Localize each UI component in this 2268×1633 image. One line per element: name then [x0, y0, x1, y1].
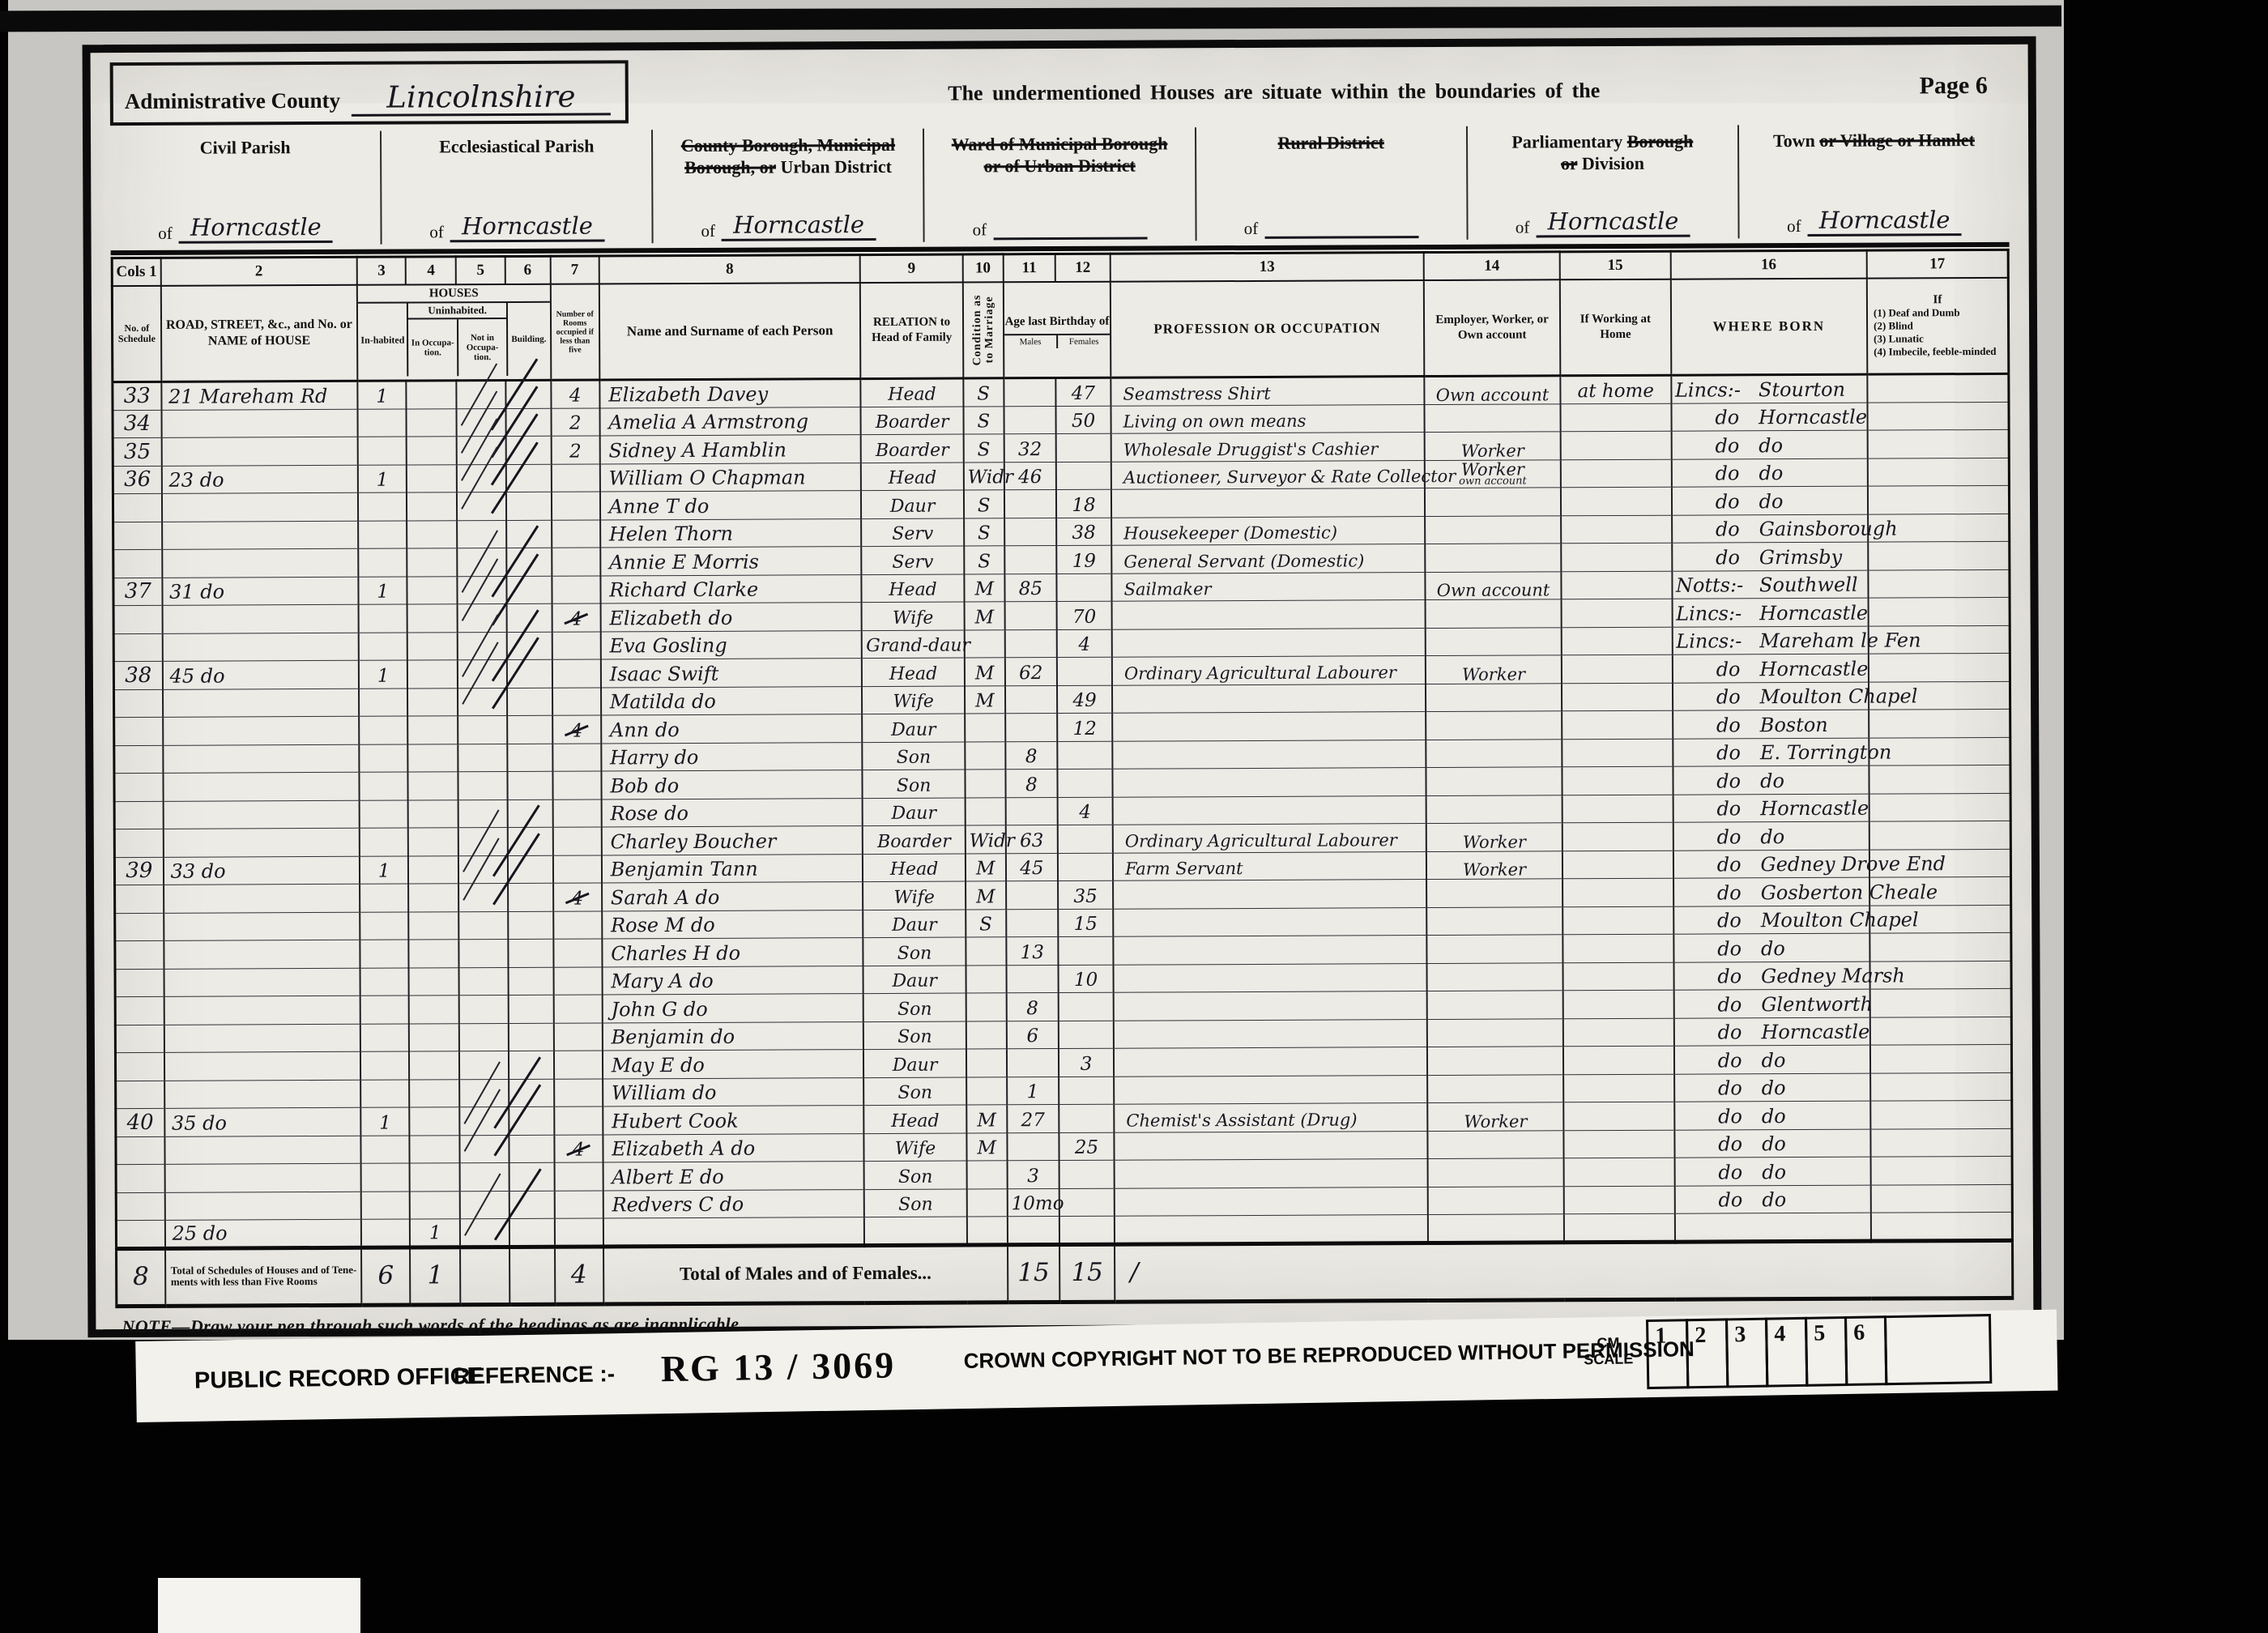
cell-cd: S	[963, 378, 1004, 407]
cell-am: 8	[1006, 993, 1058, 1021]
cell-cd	[967, 1217, 1008, 1245]
cell-s	[116, 1136, 164, 1165]
cell-af: 4	[1057, 629, 1112, 658]
cell-rm	[554, 1051, 603, 1079]
cell-born: doHorncastle	[1672, 654, 1869, 683]
cell-rl: Son	[863, 770, 965, 798]
cell-em	[1425, 488, 1562, 516]
cell-ah	[1563, 1102, 1673, 1130]
cell-uo	[408, 828, 458, 856]
situate-line: The undermentioned Houses are situate wi…	[629, 54, 1920, 107]
cell-born: dodo	[1671, 430, 1868, 459]
parish-value: Horncastle	[1536, 207, 1690, 238]
cell-rm	[553, 995, 602, 1023]
parish-section-0: Civil ParishofHorncastle	[110, 131, 382, 245]
cell-inf	[1868, 541, 2010, 569]
cell-un	[460, 1106, 509, 1135]
cell-un	[459, 995, 508, 1023]
cell-rl: Wife	[864, 1133, 966, 1162]
cell-em	[1426, 711, 1562, 740]
cell-s	[116, 1164, 164, 1192]
cell-inf	[1870, 1044, 2012, 1072]
cell-em	[1426, 962, 1563, 991]
cell-ah	[1563, 990, 1673, 1018]
cell-bld	[508, 995, 553, 1023]
column-headers-row: No. of Schedule ROAD, STREET, &c., and N…	[112, 278, 2008, 382]
cell-oc: Living on own means	[1111, 404, 1425, 433]
header-houses: HOUSES	[358, 285, 550, 304]
header-in-occupation: In Occupa-tion.	[408, 319, 458, 376]
cell-oc: Chemist's Assistant (Drug)	[1114, 1103, 1427, 1132]
cell-rd	[163, 744, 360, 774]
cell-cd: M	[966, 1132, 1007, 1161]
cell-am: 46	[1004, 462, 1056, 490]
cell-rm	[552, 743, 601, 771]
cell-oc	[1112, 712, 1426, 741]
cell-rl: Head	[864, 1105, 966, 1133]
cell-rd	[162, 492, 359, 522]
cell-cd: M	[966, 1105, 1007, 1133]
cell-uo	[407, 604, 458, 633]
cell-bld	[507, 799, 552, 828]
cell-em	[1426, 767, 1562, 795]
cell-uo	[407, 492, 457, 521]
ruler-box: 1	[1646, 1319, 1689, 1389]
cell-rl: Son	[864, 1077, 966, 1106]
cell-s	[115, 940, 164, 969]
cell-oc: Farm Servant	[1113, 851, 1426, 880]
cell-af: 50	[1055, 406, 1111, 434]
header-profession: PROFESSION OR OCCUPATION	[1111, 280, 1424, 377]
cell-rd	[164, 1163, 361, 1192]
cell-s	[115, 1052, 164, 1081]
cell-cd: M	[966, 881, 1006, 910]
cell-s	[115, 885, 164, 913]
cell-oc: Sailmaker	[1111, 572, 1425, 601]
cell-nm: Rose do	[601, 798, 863, 827]
cell-rd: 21 Mareham Rd	[161, 381, 358, 410]
cell-inf	[1871, 1156, 2013, 1184]
cell-nm: Elizabeth do	[600, 603, 862, 632]
cell-em	[1426, 739, 1562, 767]
cell-rd	[162, 548, 359, 578]
cell-bld	[507, 771, 552, 799]
cell-am: 62	[1005, 658, 1057, 686]
cell-rl: Son	[864, 1189, 966, 1217]
cell-nm: John G do	[602, 994, 863, 1023]
cell-oc	[1113, 795, 1426, 825]
cell-rl: Daur	[863, 714, 965, 742]
cell-cd: M	[964, 602, 1004, 630]
cell-rm	[551, 463, 599, 492]
col-number: 15	[1560, 251, 1670, 279]
cell-uo	[408, 884, 458, 912]
cell-ih: 1	[357, 381, 406, 409]
cell-cd	[966, 1161, 1007, 1189]
cell-rm	[553, 939, 602, 967]
col-number: 2	[160, 257, 357, 286]
cell-af	[1058, 853, 1113, 881]
cell-uo	[407, 716, 458, 744]
cell-ah	[1561, 431, 1671, 459]
cell-cd	[966, 993, 1006, 1021]
cell-af	[1059, 1104, 1114, 1132]
cell-un	[460, 1191, 509, 1219]
cell-rd	[164, 884, 360, 913]
admin-county-box: Administrative County Lincolnshire	[110, 60, 629, 126]
cell-ih	[359, 716, 407, 744]
cell-am	[1006, 881, 1058, 910]
cell-am	[1004, 518, 1056, 546]
cell-oc: Ordinary Agricultural Labourer	[1113, 824, 1426, 853]
pro-reference-value: RG 13 / 3069	[660, 1343, 896, 1390]
scanned-census-page: Administrative County Lincolnshire The u…	[0, 0, 2268, 1633]
cell-em	[1427, 991, 1564, 1019]
cell-inf	[1869, 625, 2010, 654]
cell-inf	[1870, 1128, 2012, 1157]
cell-bld	[509, 1106, 554, 1135]
cell-un	[458, 603, 506, 632]
cell-nm: Sidney A Hamblin	[599, 435, 861, 464]
cell-s	[113, 605, 162, 633]
cell-am	[1004, 378, 1055, 407]
cell-un	[458, 576, 506, 604]
cell-rd	[162, 604, 359, 633]
cell-em	[1427, 1018, 1564, 1047]
cell-un	[459, 911, 508, 940]
col-number: 3	[357, 257, 406, 285]
cell-ih	[360, 1024, 409, 1052]
cell-rm	[554, 1190, 603, 1218]
cell-oc: Auctioneer, Surveyor & Rate Collector	[1111, 460, 1425, 489]
cell-uo	[409, 1079, 459, 1107]
cell-uo	[410, 1191, 460, 1219]
cell-cd	[966, 965, 1006, 993]
cell-s: 34	[113, 410, 161, 438]
header-schedule: No. of Schedule	[112, 286, 161, 382]
cell-uo	[408, 799, 458, 828]
cell-s	[113, 493, 161, 522]
cell-cd: S	[963, 406, 1004, 434]
cm-scale-ruler: 123456	[1648, 1314, 1992, 1389]
cell-rd	[164, 968, 360, 997]
cell-oc	[1112, 684, 1426, 713]
cell-un	[457, 520, 505, 548]
cell-nm: Redvers C do	[603, 1189, 864, 1218]
cell-af: 38	[1056, 518, 1111, 546]
cell-em	[1424, 403, 1561, 432]
cell-s	[114, 801, 163, 829]
cell-nm: Hubert Cook	[603, 1106, 864, 1135]
cell-nm: William do	[603, 1077, 864, 1106]
cell-un	[458, 715, 507, 744]
cell-un	[459, 1051, 508, 1079]
cell-inf	[1869, 905, 2011, 933]
cell-ah	[1564, 1158, 1674, 1186]
cell-rl: Wife	[862, 686, 964, 714]
cell-oc	[1113, 907, 1426, 936]
admin-county-value: Lincolnshire	[352, 80, 611, 116]
cell-em	[1425, 599, 1562, 628]
cell-bld	[509, 1191, 554, 1219]
ruler-box: 6	[1844, 1315, 1887, 1386]
cell-born: dodo	[1674, 1101, 1871, 1130]
cell-af	[1057, 769, 1112, 797]
cell-inf	[1871, 1212, 2013, 1240]
header-houses-group: HOUSES In-habited Uninhabited. In Occupa…	[357, 284, 551, 382]
cell-ah	[1562, 795, 1673, 823]
cell-uo	[407, 576, 458, 604]
cell-af	[1058, 936, 1113, 965]
cell-cd: M	[964, 573, 1004, 602]
cell-born: dodo	[1671, 458, 1868, 488]
cell-bld	[505, 380, 551, 408]
cell-s	[116, 1081, 164, 1109]
cell-born: doHorncastle	[1673, 794, 1869, 823]
cell-un	[457, 380, 505, 408]
cell-bld	[507, 688, 552, 716]
cell-bld	[507, 827, 552, 855]
cell-un	[458, 799, 507, 828]
cell-af	[1056, 573, 1111, 602]
cell-ih	[359, 633, 407, 661]
cell-rd	[164, 1024, 360, 1053]
cell-bld	[506, 632, 552, 660]
cell-nm: Ann do	[601, 714, 863, 744]
totals-males: 15	[1008, 1244, 1059, 1302]
cell-ih	[361, 1136, 410, 1164]
cell-inf	[1869, 821, 2011, 849]
header-road: ROAD, STREET, &c., and No. or NAME of HO…	[160, 285, 357, 382]
cell-born: dodo	[1671, 486, 1868, 515]
cell-em	[1427, 1074, 1564, 1102]
totals-tick: /	[1115, 1240, 2013, 1302]
cell-am	[1006, 965, 1058, 993]
cell-am	[1004, 629, 1056, 658]
cell-nm: Anne T do	[600, 491, 862, 520]
cell-oc	[1113, 880, 1426, 909]
ruler-box: 2	[1686, 1318, 1729, 1388]
cell-ih	[360, 1080, 409, 1108]
cell-born: doBoston	[1673, 710, 1869, 739]
cell-uo	[408, 744, 458, 772]
cell-bld	[506, 659, 552, 688]
cell-nm: Richard Clarke	[600, 574, 862, 603]
cell-uo	[409, 1023, 459, 1051]
cell-s: 37	[113, 578, 162, 606]
cell-ah	[1562, 851, 1673, 879]
cell-ah	[1562, 822, 1673, 851]
cell-oc	[1114, 1019, 1427, 1048]
cell-ah	[1562, 627, 1672, 655]
col-number: 7	[550, 256, 599, 284]
page-number: Page 6	[1919, 54, 2008, 100]
cell-un	[459, 1023, 508, 1051]
cell-rl: Head	[861, 378, 963, 407]
col-number: 17	[1867, 249, 2009, 278]
cell-s: 39	[114, 857, 163, 885]
cell-oc: General Servant (Domestic)	[1111, 544, 1425, 573]
cell-oc	[1112, 600, 1426, 629]
cell-rm	[553, 1022, 602, 1051]
cell-am: 32	[1004, 434, 1055, 463]
cell-rm: 2	[551, 436, 599, 464]
cell-born	[1674, 1213, 1871, 1242]
cell-uo	[407, 520, 457, 548]
header-at-home: If Working at Home	[1560, 279, 1671, 376]
cell-cd: M	[966, 853, 1006, 881]
cols-label: Cols 1	[112, 258, 160, 286]
cell-uo	[409, 996, 459, 1024]
cell-s: 36	[113, 466, 161, 494]
cell-af	[1059, 992, 1114, 1021]
cell-uo	[407, 688, 458, 716]
cell-cd: S	[964, 518, 1004, 546]
cell-uo	[407, 660, 458, 689]
parish-section-5: Parliamentary Boroughor DivisionofHornca…	[1468, 125, 1740, 239]
cell-s: 38	[113, 661, 162, 689]
cell-rl: Head	[862, 574, 964, 603]
cell-ah	[1563, 1018, 1673, 1047]
cell-nm: Mary A do	[602, 966, 863, 995]
cell-born: dodo	[1674, 1073, 1871, 1102]
cell-rm	[553, 910, 602, 939]
cell-am	[1007, 1132, 1059, 1161]
ruler-box-empty	[1884, 1314, 1992, 1385]
parish-section-3: Ward of Municipal Boroughor of Urban Dis…	[924, 127, 1196, 241]
cell-uo	[407, 381, 457, 409]
infirmity-item: (2) Blind	[1874, 319, 2005, 333]
cell-un	[459, 1079, 508, 1107]
totals-males-females-label: Total of Males and of Females...	[603, 1244, 1008, 1303]
cell-ah	[1563, 934, 1673, 962]
cell-s	[116, 1192, 164, 1221]
cell-bld	[509, 1218, 554, 1247]
census-table: Cols 1234567891011121314151617 No. of Sc…	[111, 249, 2014, 1308]
cell-em	[1427, 1158, 1564, 1187]
parish-value: Horncastle	[179, 213, 333, 244]
cell-em	[1426, 795, 1562, 823]
cell-born: doHorncastle	[1671, 403, 1868, 432]
cell-oc: Ordinary Agricultural Labourer	[1112, 656, 1426, 685]
cell-rl: Son	[863, 993, 966, 1021]
cell-born: Lincs:-Horncastle	[1672, 598, 1869, 627]
col-number: 10	[962, 254, 1003, 283]
cell-af: 35	[1058, 880, 1113, 909]
cell-em: Worker	[1426, 655, 1562, 684]
admin-county-label: Administrative County	[125, 88, 340, 117]
cell-bld	[506, 548, 552, 576]
cell-un	[457, 408, 505, 437]
cell-oc	[1115, 1159, 1428, 1188]
header-females: Females	[1058, 335, 1110, 348]
cell-am: 27	[1007, 1105, 1059, 1133]
cell-ih	[360, 940, 408, 968]
cm-scale-label: CM SCALE	[1575, 1334, 1641, 1367]
cell-nm: Benjamin Tann	[602, 854, 863, 883]
header-relation: RELATION to Head of Family	[860, 283, 963, 379]
cell-inf	[1868, 402, 2010, 430]
cell-born: doGedney Drove End	[1673, 850, 1869, 879]
cell-ih: 1	[360, 1107, 409, 1136]
cell-nm: Albert E do	[603, 1162, 864, 1191]
cell-ah	[1562, 739, 1673, 767]
cell-af	[1056, 462, 1111, 490]
cell-ih	[360, 884, 408, 912]
parish-section-1: Ecclesiastical ParishofHorncastle	[382, 130, 654, 244]
cell-oc	[1112, 628, 1426, 657]
cell-oc	[1111, 488, 1425, 518]
cell-uo	[409, 967, 459, 996]
cell-am: 8	[1005, 770, 1057, 798]
cell-ih	[359, 744, 407, 773]
cell-ah	[1563, 1046, 1673, 1074]
cell-ah	[1561, 403, 1671, 432]
cell-ah	[1561, 459, 1671, 488]
cell-rm	[552, 631, 600, 659]
cell-ah	[1561, 487, 1671, 515]
cell-em	[1426, 879, 1563, 907]
infirmity-item: (1) Deaf and Dumb	[1874, 306, 2005, 320]
cell-ih	[358, 437, 407, 465]
cell-am: 6	[1007, 1021, 1059, 1049]
cell-oc: Seamstress Shirt	[1111, 377, 1424, 406]
cell-em	[1427, 1130, 1564, 1158]
cell-un	[460, 1162, 509, 1191]
cell-rm	[554, 1106, 603, 1135]
cell-rd	[164, 940, 360, 969]
cell-em	[1426, 683, 1562, 711]
cell-inf	[1869, 653, 2010, 681]
cell-am: 10mo	[1007, 1188, 1059, 1217]
cell-s: 40	[116, 1108, 164, 1136]
cell-cd: M	[965, 685, 1005, 714]
cell-rd	[164, 996, 360, 1025]
cell-un	[458, 883, 507, 911]
cell-rd	[164, 1080, 361, 1109]
cell-s	[114, 829, 163, 857]
cell-inf	[1869, 737, 2010, 765]
cell-cd	[966, 1021, 1007, 1049]
cell-rl: Head	[861, 463, 963, 491]
cell-ih	[358, 548, 407, 577]
cell-cd: S	[964, 490, 1004, 518]
cell-s	[114, 773, 163, 801]
cell-ah	[1564, 1130, 1674, 1158]
cell-inf	[1869, 709, 2010, 737]
cell-nm: Eva Gosling	[600, 630, 862, 659]
cell-af: 4	[1058, 797, 1113, 825]
cell-am: 3	[1007, 1161, 1059, 1189]
cell-em: Own account	[1425, 571, 1562, 599]
scan-white-patch	[158, 1578, 360, 1633]
cell-rd: 23 do	[161, 465, 358, 494]
cell-inf	[1867, 373, 2009, 402]
cell-af	[1059, 1188, 1115, 1217]
cell-bld	[508, 967, 553, 996]
cell-inf	[1870, 988, 2012, 1017]
cell-born: dodo	[1673, 933, 1870, 962]
cell-cd	[965, 741, 1005, 770]
cell-rd	[161, 409, 358, 438]
cell-am	[1005, 714, 1057, 742]
cell-un	[459, 939, 508, 967]
col-number: 4	[406, 257, 456, 285]
cell-born: dodo	[1674, 1157, 1871, 1186]
cell-ih: 1	[358, 465, 407, 493]
cell-ih	[359, 689, 407, 717]
cell-am	[1004, 546, 1056, 574]
